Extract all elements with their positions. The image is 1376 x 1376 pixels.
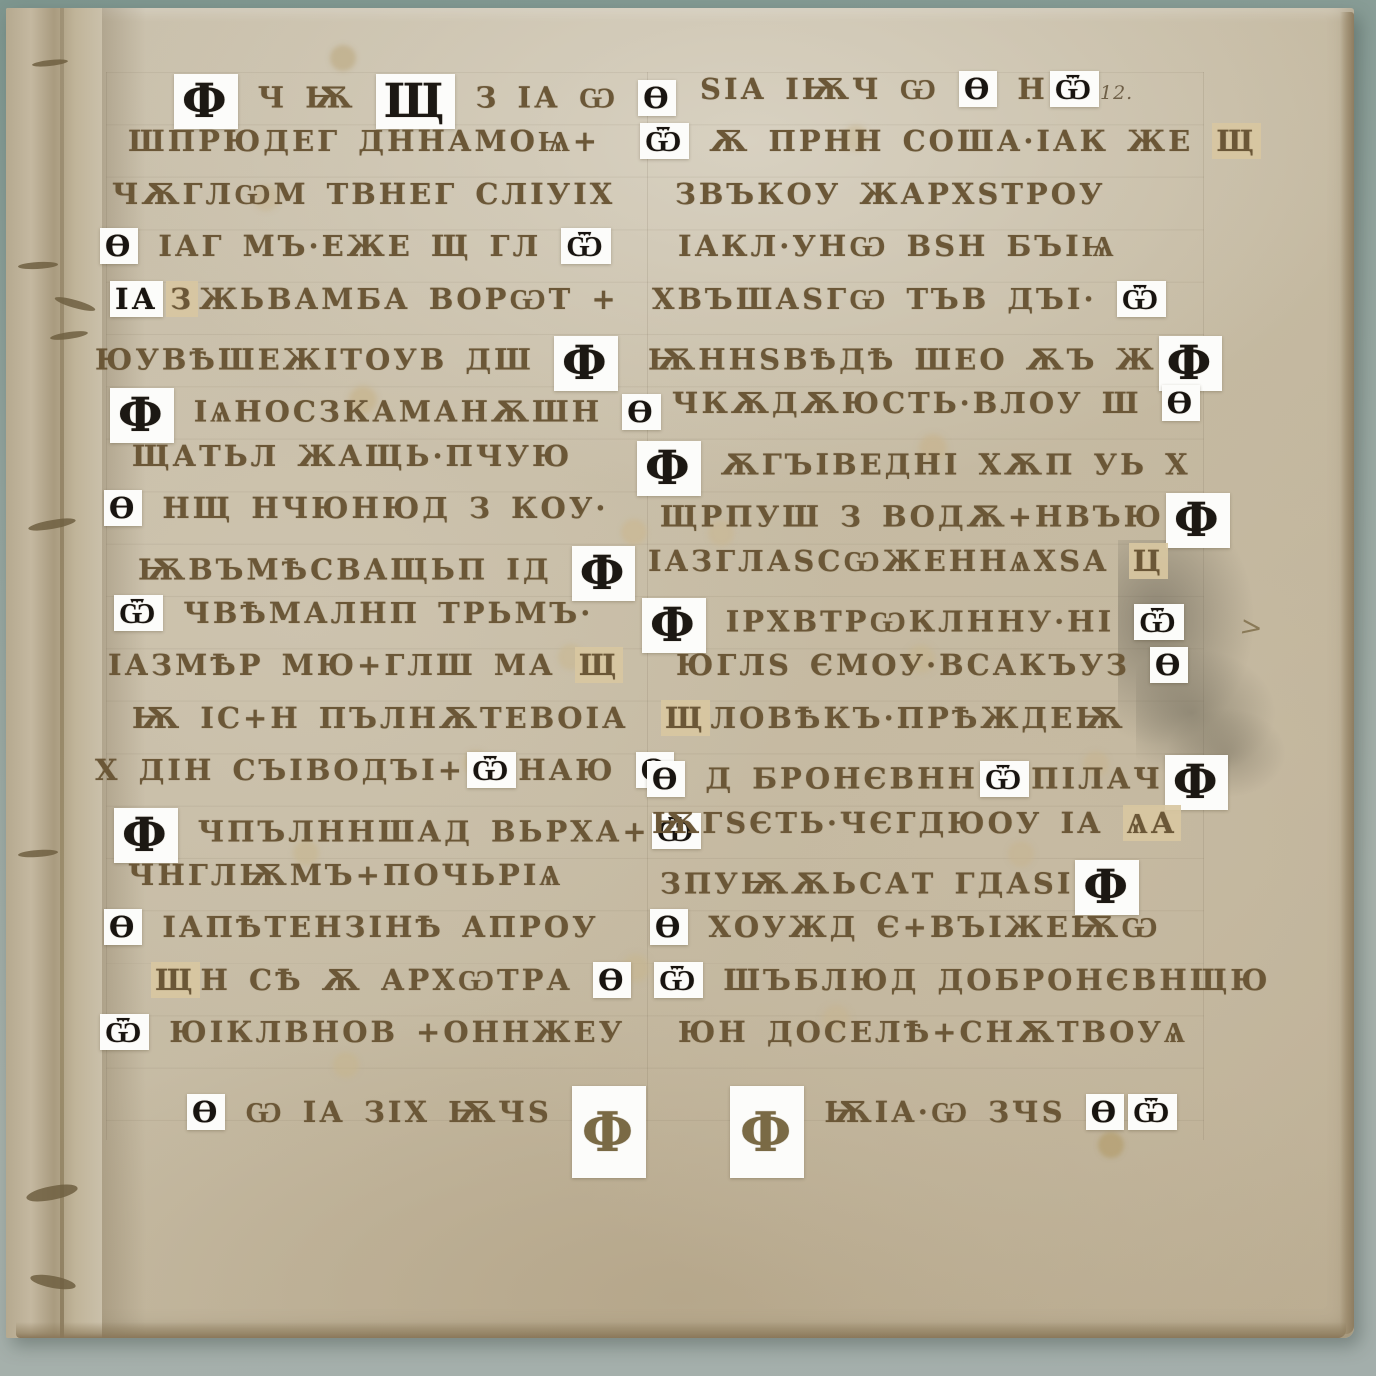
text-line-left: ЩН СѢ Ѫ АРХѠТРА Ѳ (150, 963, 633, 1009)
glyph-run: ЅІА ІѬЧ Ѡ (700, 72, 957, 106)
glyph-run: ІѦНОСЗКАМАНѪШН (176, 395, 621, 429)
glyph-run: НАЮ (518, 753, 633, 787)
glyph-run: Ѡ ІА ЗІХ ѬЧЅ (227, 1095, 570, 1129)
text-line-right: ЗВЪКОУ ЖАРХЅТРОУ (675, 177, 1106, 223)
glyph-run: ХВЪШАЅГѠ ТЪВ ДЪІ· (652, 282, 1115, 316)
patch-glyph: Ѳ (100, 228, 138, 264)
text-line-left: ІАЗМѢР МЮ+ГЛШ МА Щ (108, 648, 624, 694)
patch-glyph: Ѳ (650, 909, 688, 945)
patch-glyph: Ф (730, 1086, 804, 1178)
patch-glyph: Ф (1159, 336, 1223, 391)
glyph-run: ІАКЛ·УНѠ ВЅН БЪІѨ (678, 229, 1116, 263)
patch-glyph: Ѿ (467, 752, 516, 788)
glyph-run: ШЪБЛЮД ДОБРОНЄВНЩЮ (705, 963, 1270, 997)
patch-glyph: Ц (1129, 543, 1168, 579)
patch-glyph: Ф (174, 74, 238, 129)
glyph-run: ЮГЛЅ ЄМОУ·ВСАКЪУЗ (676, 648, 1148, 682)
glyph-run: ЖЬВАМБА ВОРѠТ + (199, 282, 619, 316)
glyph-run: ЩАТЬЛ ЖАЩЬ·ПЧУЮ (132, 439, 572, 473)
patch-glyph: Ф (554, 336, 618, 391)
text-line-left: Ѳ ІАГ МЪ·ЕЖЕ Щ ГЛ Ѿ (98, 229, 613, 275)
patch-glyph: Ѳ (1150, 647, 1188, 683)
text-line-right: Ѿ ШЪБЛЮД ДОБРОНЄВНЩЮ (652, 963, 1271, 1009)
text-line-right: Ѿ Ѫ ПРНН СОША·ІАК ЖЕ Щ (638, 124, 1262, 170)
patch-glyph: Ѳ (187, 1094, 225, 1130)
glyph-run: Ѭ ІС+Н ПЪЛНѪТЕВОІА (132, 701, 629, 735)
patch-glyph: Ѿ (640, 123, 689, 159)
patch-glyph: Щ (1212, 123, 1261, 159)
glyph-run: ѬННЅВѢДѢ ШЕО ѪЪ Ж (648, 343, 1157, 377)
glyph-run: ІАПѢТЕНЗІНѢ АПРОУ (144, 910, 598, 944)
patch-glyph: Ѳ (1086, 1094, 1124, 1130)
patch-glyph: Ѳ (647, 761, 685, 797)
glyph-run: ЩРПУШ З ВОДѪ+НВЪЮ (660, 500, 1164, 534)
patch-glyph: Ѿ (1117, 281, 1166, 317)
patch-glyph: Ф (110, 388, 174, 443)
text-line-right: ѬННЅВѢДѢ ШЕО ѪЪ ЖФ (648, 334, 1224, 380)
patch-glyph: Щ (376, 74, 456, 129)
glyph-run: ЧѪГЛѠМ ТВНЕГ СЛІУІХ (112, 177, 615, 211)
text-line-left: Ѳ Ѡ ІА ЗІХ ѬЧЅ Ф (185, 1068, 648, 1114)
text-layer: Ф Ч Ѭ Щ З ІА Ѡ ѲШПРЮДЕГ ДННАМОѨ+ЧѪГЛѠМ Т… (0, 0, 1376, 1376)
photo-canvas: Ф Ч Ѭ Щ З ІА Ѡ ѲШПРЮДЕГ ДННАМОѨ+ЧѪГЛѠМ Т… (0, 0, 1376, 1376)
glyph-run: ІАЗМѢР МЮ+ГЛШ МА (108, 648, 574, 682)
glyph-run: ЛОВѢКЪ·ПРѢЖДЕѬ (711, 701, 1126, 735)
patch-glyph: Ѳ (104, 909, 142, 945)
glyph-run: Н (999, 72, 1048, 106)
patch-glyph: Ф (1166, 493, 1230, 548)
text-line-left: ЮУВѢШЕЖІТОУВ ДШ Ф (95, 334, 620, 380)
patch-glyph: Щ (151, 962, 200, 998)
text-line-right: ЮН ДОСЕЛѢ+СНѪТВОУѦ (678, 1015, 1188, 1061)
text-line-left: ЧѪГЛѠМ ТВНЕГ СЛІУІХ (112, 177, 615, 223)
text-line-right: ЩЛОВѢКЪ·ПРѢЖДЕѬ (660, 701, 1126, 747)
text-line-right: ЧКѪДѪЮСТЬ·ВЛОУ Ш Ѳ (672, 386, 1202, 432)
text-line-right: Ф ІРХВТРѠКЛННУ·НІ Ѿ (640, 596, 1186, 642)
glyph-run: ЧНГЛѬМЪ+ПОЧЬРІѦ (128, 858, 563, 892)
glyph-run: ЧКѪДѪЮСТЬ·ВЛОУ Ш (672, 386, 1160, 420)
text-line-right: ІАЗГЛАЅСѠЖЕННѦХЅА Ц (648, 544, 1169, 590)
patch-glyph: Ф (1075, 860, 1139, 915)
glyph-run: ІРХВТРѠКЛННУ·НІ (708, 605, 1133, 639)
patch-glyph: Щ (575, 647, 624, 683)
text-line-left: Ф ІѦНОСЗКАМАНѪШН Ѳ (108, 386, 663, 432)
glyph-run: ѬВЪМѢСВАЩЬП ІД (138, 552, 570, 586)
text-line-right: ЅІА ІѬЧ Ѡ Ѳ НѾ (700, 72, 1101, 118)
page-number: 12. (1100, 82, 1133, 104)
patch-glyph: Ѿ (1050, 71, 1099, 107)
text-line-right: Ф ѬІА·Ѡ ЗЧЅ ѲѾ (728, 1068, 1179, 1114)
text-line-right: ЮГЛЅ ЄМОУ·ВСАКЪУЗ Ѳ (676, 648, 1190, 694)
patch-glyph: ѦА (1123, 805, 1182, 841)
text-line-left: Ф ЧПЪЛННШАД ВЬРХА+Ѿ (112, 806, 703, 852)
glyph-run: ЧПЪЛННШАД ВЬРХА+ (180, 814, 650, 848)
glyph-run: НЩ НЧЮНЮД З КОУ· (144, 491, 608, 525)
glyph-run: ЗВЪКОУ ЖАРХЅТРОУ (675, 177, 1106, 211)
text-line-right: ЩРПУШ З ВОДѪ+НВЪЮФ (660, 491, 1232, 537)
patch-glyph: Ѳ (593, 962, 631, 998)
patch-glyph: Ѳ (104, 490, 142, 526)
glyph-run: ІАЗГЛАЅСѠЖЕННѦХЅА (648, 544, 1128, 578)
glyph-run: ПІЛАЧ (1031, 762, 1163, 796)
glyph-run: Д БРОНЄВНН (687, 762, 978, 796)
glyph-run: ЮІКЛВНОВ +ОННЖЕУ (151, 1015, 625, 1049)
patch-glyph: Ф (1165, 755, 1229, 810)
glyph-run: ЮУВѢШЕЖІТОУВ ДШ (95, 343, 552, 377)
patch-glyph: Ѿ (114, 595, 163, 631)
text-line-left: Ѿ ЧВѢМАЛНП ТРЬМЪ· (112, 596, 593, 642)
text-line-left: Ѳ ІАПѢТЕНЗІНѢ АПРОУ (102, 910, 599, 956)
text-line-left: Х ДІН СЪІВОДЪІ+ѾНАЮ Ѳ (95, 753, 676, 799)
patch-glyph: Ѿ (561, 228, 610, 264)
patch-glyph: ІА (110, 281, 163, 317)
glyph-run: ѪГЪІВЕДНІ ХѪП УЬ Х (703, 447, 1191, 481)
patch-glyph: Ф (572, 1086, 646, 1178)
glyph-run: ЗПУѬѪЬСАТ ГДАЅІ (660, 867, 1073, 901)
glyph-run: ШПРЮДЕГ ДННАМОѨ+ (128, 124, 600, 158)
text-line-left: ЩАТЬЛ ЖАЩЬ·ПЧУЮ (132, 439, 572, 485)
text-line-right: Ф ѪГЪІВЕДНІ ХѪП УЬ Х (635, 439, 1191, 485)
patch-glyph: Ѿ (1128, 1094, 1177, 1130)
text-line-right: Ѳ ХОУЖД Є+ВЪІЖЕѬѠ (648, 910, 1160, 956)
glyph-run: ІАГ МЪ·ЕЖЕ Щ ГЛ (140, 229, 559, 263)
patch-glyph: Ѿ (100, 1014, 149, 1050)
text-line-left: ІАЗЖЬВАМБА ВОРѠТ + (108, 282, 619, 328)
text-line-left: Ѭ ІС+Н ПЪЛНѪТЕВОІА (132, 701, 629, 747)
patch-glyph: Ф (642, 598, 706, 653)
glyph-run: ЮН ДОСЕЛѢ+СНѪТВОУѦ (678, 1015, 1188, 1049)
patch-glyph: Ѿ (654, 962, 703, 998)
glyph-run: ѬІА·Ѡ ЗЧЅ (806, 1095, 1083, 1129)
text-line-left: Ѳ НЩ НЧЮНЮД З КОУ· (102, 491, 608, 537)
glyph-run: ХОУЖД Є+ВЪІЖЕѬѠ (690, 910, 1160, 944)
glyph-run: З ІА Ѡ (457, 81, 636, 115)
patch-glyph: Ф (637, 441, 701, 496)
text-line-left: Ѿ ЮІКЛВНОВ +ОННЖЕУ (98, 1015, 625, 1061)
text-line-left: ѬВЪМѢСВАЩЬП ІД Ф (138, 544, 637, 590)
text-line-right: ХВЪШАЅГѠ ТЪВ ДЪІ· Ѿ (652, 282, 1168, 328)
text-line-left: ШПРЮДЕГ ДННАМОѨ+ (128, 124, 600, 170)
glyph-run: Н СѢ Ѫ АРХѠТРА (201, 963, 592, 997)
patch-glyph: Ф (114, 808, 178, 863)
text-line-right: ЗПУѬѪЬСАТ ГДАЅІФ (660, 858, 1141, 904)
patch-glyph: Ѳ (638, 80, 676, 116)
glyph-run: ЧВѢМАЛНП ТРЬМЪ· (165, 596, 593, 630)
patch-glyph: Ѿ (1134, 604, 1183, 640)
glyph-run: ѬГЅЄТЬ·ЧЄГДЮОУ ІА (652, 806, 1122, 840)
patch-glyph: З (166, 281, 198, 317)
patch-glyph: Ѿ (980, 761, 1029, 797)
patch-glyph: Ф (572, 546, 636, 601)
text-line-left: Ф Ч Ѭ Щ З ІА Ѡ Ѳ (172, 72, 678, 118)
patch-glyph: Ѳ (622, 394, 660, 430)
glyph-run: Х ДІН СЪІВОДЪІ+ (95, 753, 465, 787)
text-line-right: Ѳ Д БРОНЄВННѾПІЛАЧФ (645, 753, 1230, 799)
glyph-run: Ч Ѭ (240, 81, 374, 115)
glyph-run: Ѫ ПРНН СОША·ІАК ЖЕ (691, 124, 1211, 158)
text-line-left: ЧНГЛѬМЪ+ПОЧЬРІѦ (128, 858, 563, 904)
patch-glyph: Ѳ (1162, 385, 1200, 421)
text-line-right: ІАКЛ·УНѠ ВЅН БЪІѨ (678, 229, 1116, 275)
patch-glyph: Щ (661, 700, 710, 736)
margin-pen-mark: > (1238, 611, 1265, 645)
text-line-right: ѬГЅЄТЬ·ЧЄГДЮОУ ІА ѦА (652, 806, 1182, 852)
patch-glyph: Ѳ (959, 71, 997, 107)
